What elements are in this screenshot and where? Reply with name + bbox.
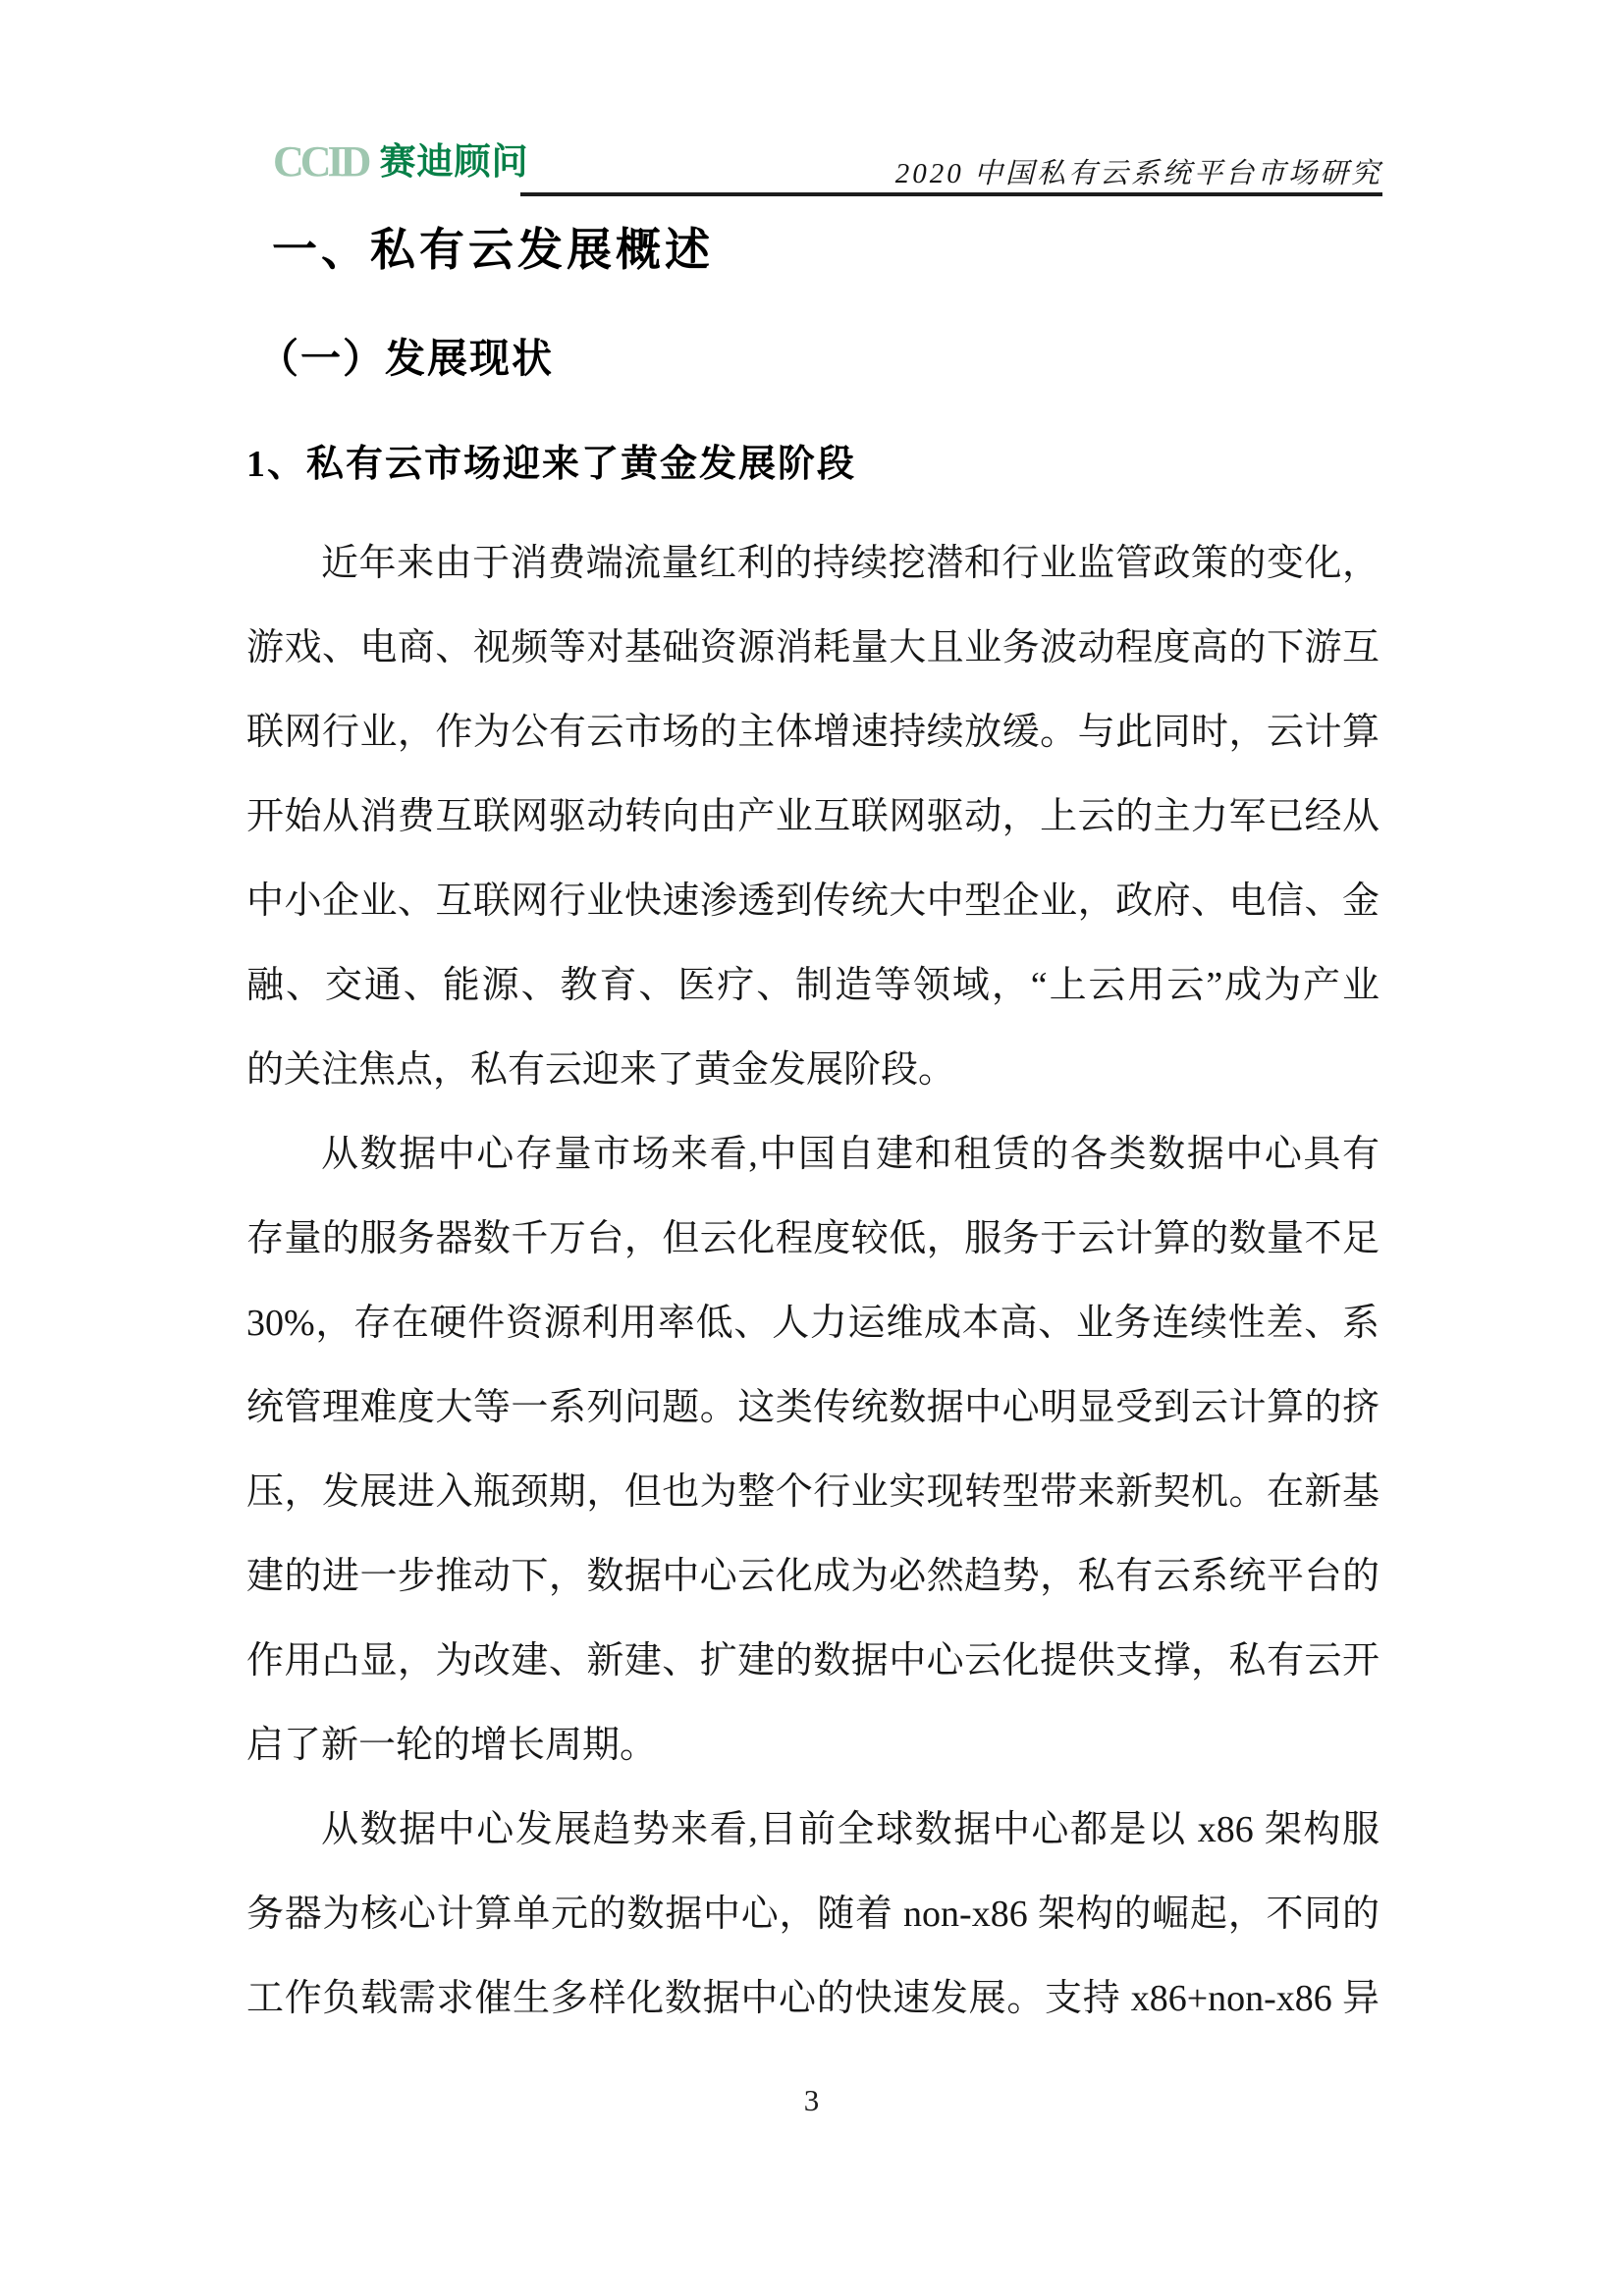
ccid-logo: CCID 赛迪顾问	[273, 140, 528, 184]
header-rule	[520, 192, 1382, 196]
section-heading: 一、私有云发展概述	[272, 214, 714, 279]
paragraph: 从数据中心存量市场来看,中国自建和租赁的各类数据中心具有存量的服务器数千万台，但…	[246, 1112, 1380, 1788]
paragraph: 近年来由于消费端流量红利的持续挖潜和行业监管政策的变化，游戏、电商、视频等对基础…	[246, 521, 1380, 1112]
subsection-heading: （一）发展现状	[258, 326, 554, 384]
body-text-line: 中小企业、互联网行业快速渗透到传统大中型企业，政府、电信、金	[246, 859, 1380, 943]
body-text-line: 游戏、电商、视频等对基础资源消耗量大且业务波动程度高的下游互	[246, 606, 1380, 690]
body-text-line: 开始从消费互联网驱动转向由产业互联网驱动，上云的主力军已经从	[246, 774, 1380, 859]
body-text-line: 近年来由于消费端流量红利的持续挖潜和行业监管政策的变化，	[246, 521, 1380, 606]
subsubsection-heading: 1、私有云市场迎来了黄金发展阶段	[246, 433, 856, 487]
body-text: 近年来由于消费端流量红利的持续挖潜和行业监管政策的变化，游戏、电商、视频等对基础…	[246, 521, 1380, 2041]
ccid-logo-latin: CCID	[273, 137, 367, 186]
body-text-line: 务器为核心计算单元的数据中心，随着 non-x86 架构的崛起，不同的	[246, 1872, 1380, 1956]
ccid-logo-chinese: 赛迪顾问	[379, 141, 528, 182]
body-text-line: 作用凸显，为改建、新建、扩建的数据中心云化提供支撑，私有云开	[246, 1619, 1380, 1703]
body-text-line: 启了新一轮的增长周期。	[246, 1703, 1380, 1788]
paragraph: 从数据中心发展趋势来看,目前全球数据中心都是以 x86 架构服务器为核心计算单元…	[246, 1788, 1380, 2041]
body-text-line: 30%，存在硬件资源利用率低、人力运维成本高、业务连续性差、系	[246, 1281, 1380, 1365]
body-text-line: 从数据中心发展趋势来看,目前全球数据中心都是以 x86 架构服	[246, 1788, 1380, 1872]
body-text-line: 从数据中心存量市场来看,中国自建和租赁的各类数据中心具有	[246, 1112, 1380, 1197]
body-text-line: 建的进一步推动下，数据中心云化成为必然趋势，私有云系统平台的	[246, 1534, 1380, 1619]
body-text-line: 压，发展进入瓶颈期，但也为整个行业实现转型带来新契机。在新基	[246, 1450, 1380, 1534]
body-text-line: 存量的服务器数千万台，但云化程度较低，服务于云计算的数量不足	[246, 1197, 1380, 1281]
body-text-line: 联网行业，作为公有云市场的主体增速持续放缓。与此同时，云计算	[246, 690, 1380, 774]
body-text-line: 统管理难度大等一系列问题。这类传统数据中心明显受到云计算的挤	[246, 1365, 1380, 1450]
header-document-title: 2020 中国私有云系统平台市场研究	[895, 151, 1382, 191]
document-page: CCID 赛迪顾问 2020 中国私有云系统平台市场研究 一、私有云发展概述 （…	[0, 0, 1623, 2296]
body-text-line: 的关注焦点，私有云迎来了黄金发展阶段。	[246, 1028, 1380, 1112]
body-text-line: 融、交通、能源、教育、医疗、制造等领域，“上云用云”成为产业	[246, 943, 1380, 1028]
page-number: 3	[0, 2083, 1623, 2118]
body-text-line: 工作负载需求催生多样化数据中心的快速发展。支持 x86+non-x86 异	[246, 1956, 1380, 2041]
